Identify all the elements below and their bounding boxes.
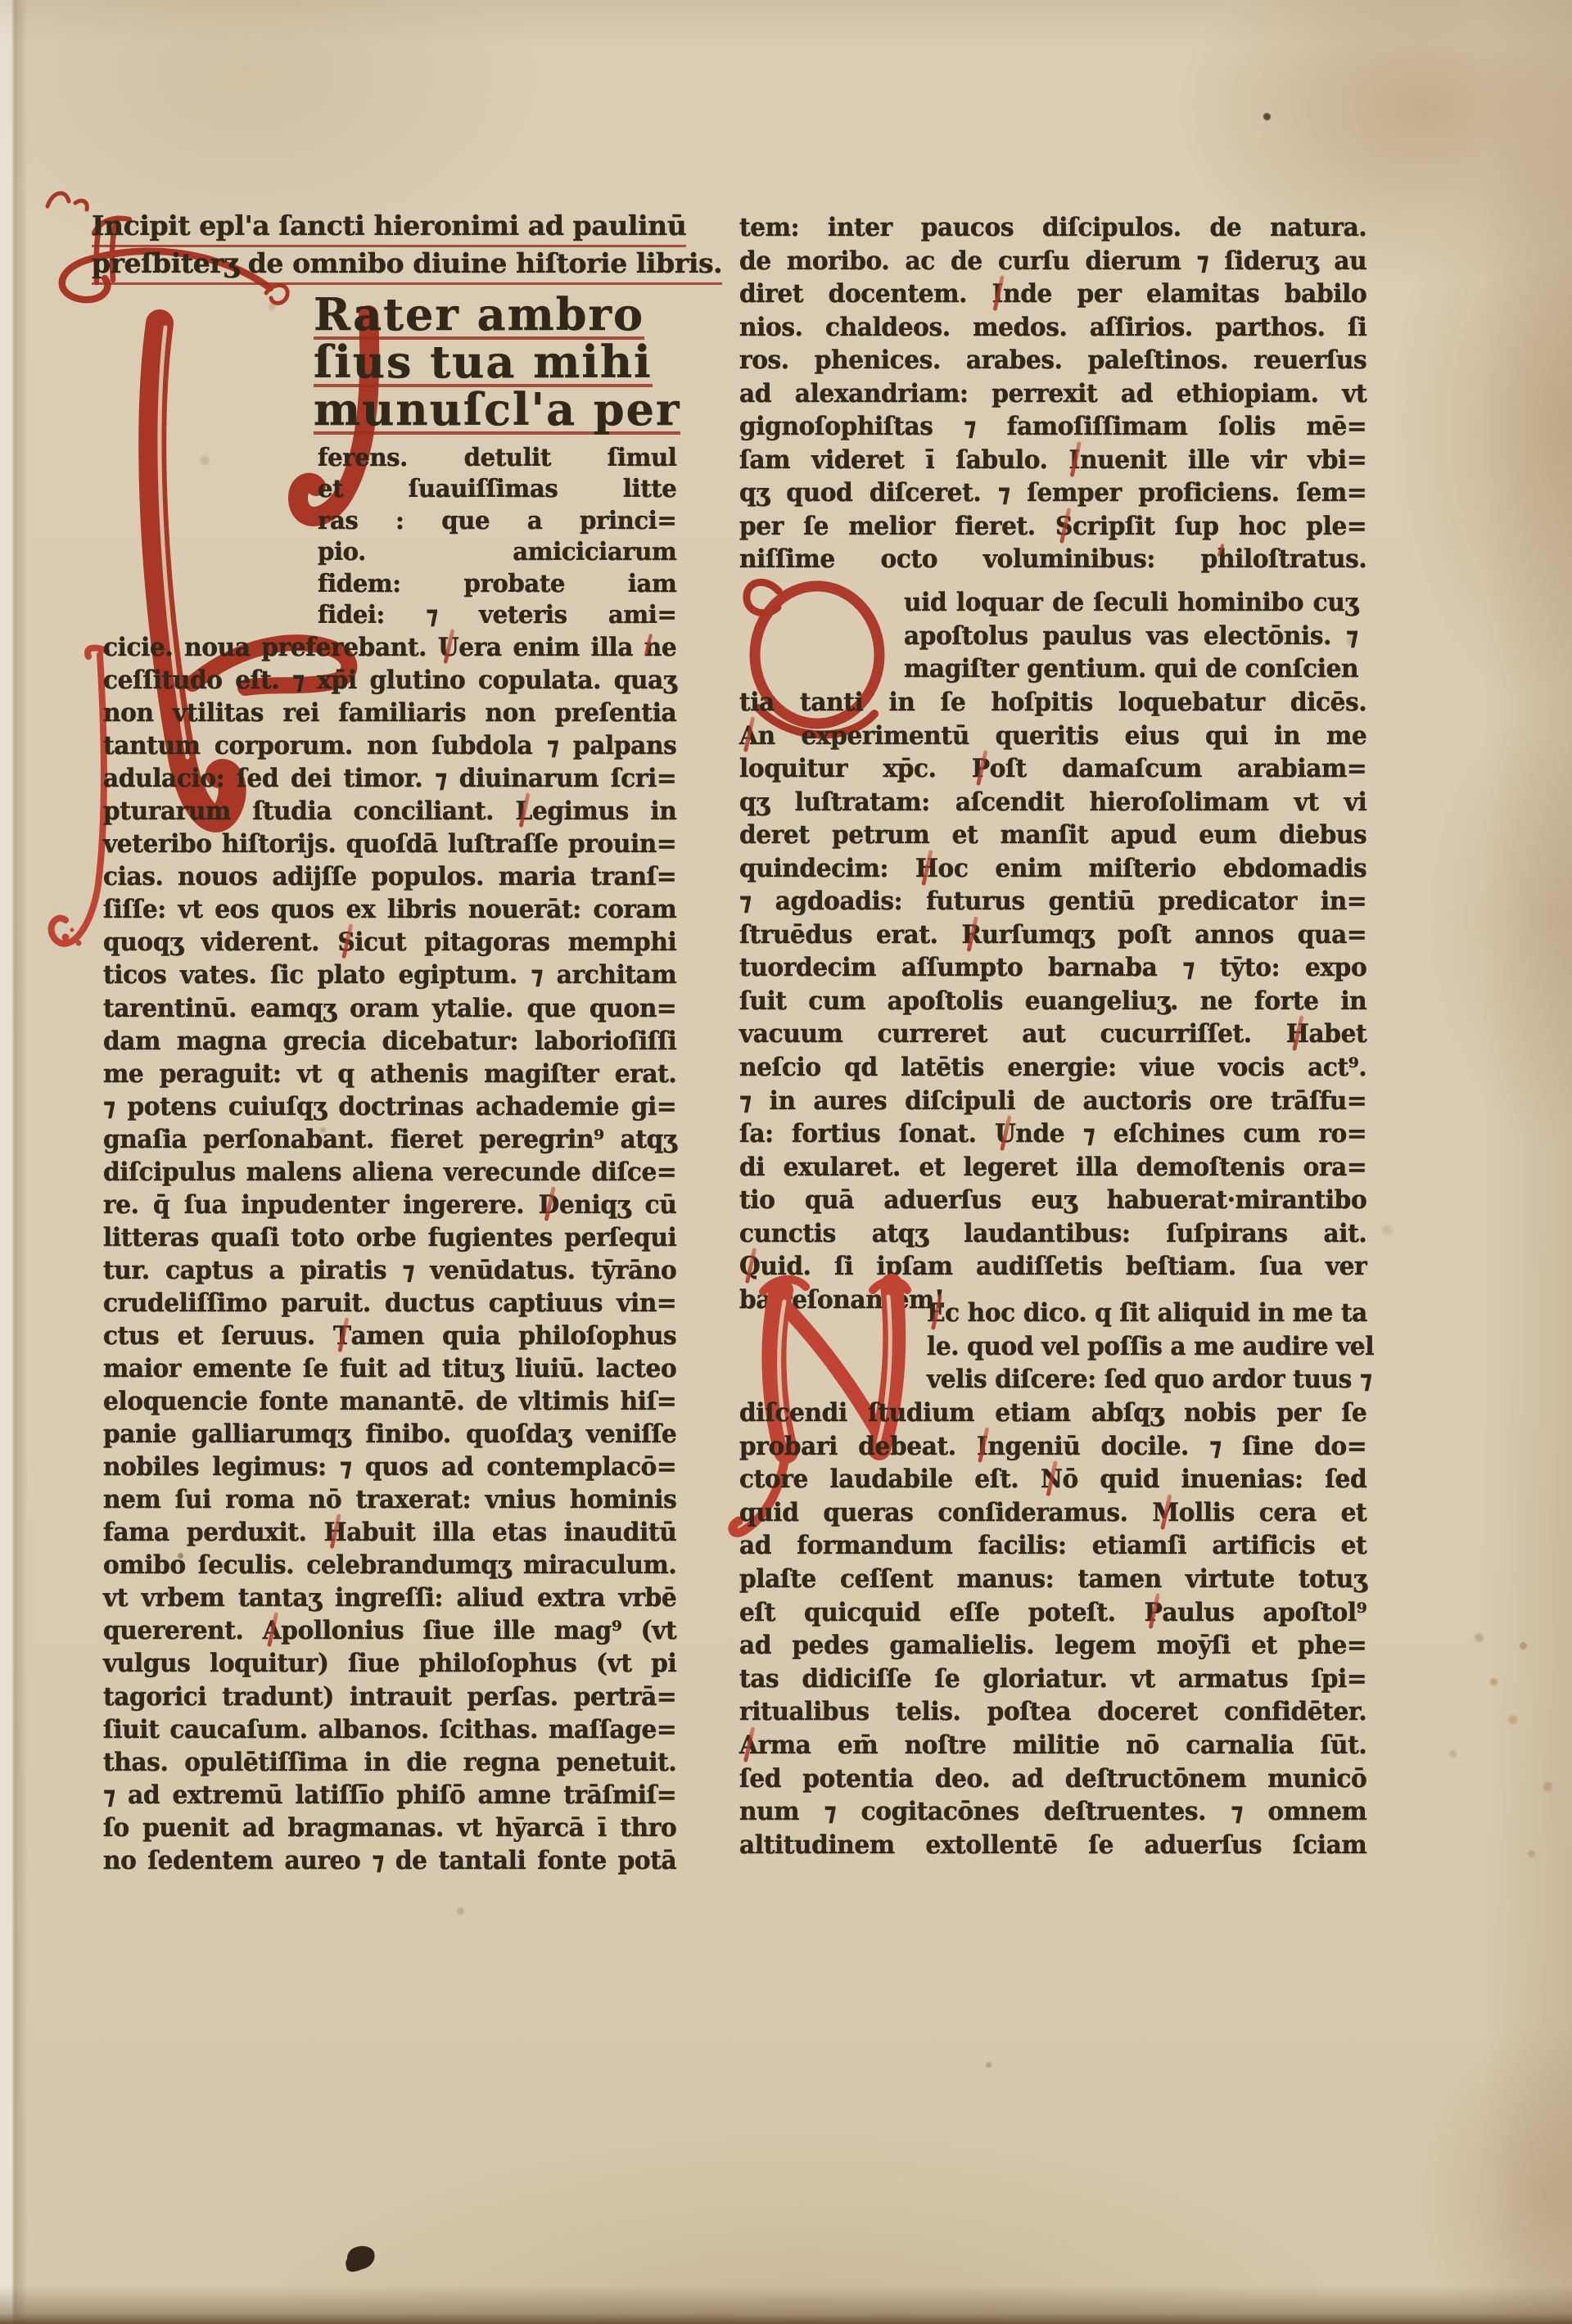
text-line: pio. amiciciarum (318, 537, 676, 568)
column2-paragraph2: tia tanti in ſe hoſpitis loquebatur dicē… (739, 686, 1366, 1316)
text-line: cunctis atqʒ laudantibus: ſuſpirans ait. (739, 1217, 1366, 1251)
text-line: ſo puenit ad bragmanas. vt hȳarcā ī thro (103, 1812, 676, 1844)
large-line: munuſcl'a per (314, 388, 680, 435)
text-line: tio quā aduerſus euʒ habuerat·mirantibo (739, 1184, 1366, 1217)
text-line: apoſtolus paulus vas electōnis. ⁊ (904, 620, 1358, 653)
rubricated-letter: I (977, 1430, 987, 1464)
text-line: ras : que a princi= (318, 506, 676, 537)
text-line: tem: inter paucos diſcipulos. de natura. (739, 211, 1366, 245)
text-line: de moribo. ac de curſu dierum ⁊ ſideruʒ … (739, 245, 1366, 278)
text-line: ⁊ in aures diſcipuli de auctoris ore trā… (739, 1085, 1366, 1118)
column2-paragraph3: diſcendi ſtudium etiam abſqʒ nobis per ſ… (739, 1397, 1366, 1861)
text-line: ſuit cum apoſtolis euangeliuʒ. ne forte … (739, 985, 1366, 1018)
text-line: me peraguit: vt q athenis magiſter erat. (103, 1058, 676, 1090)
text-line: niſſime octo voluminibus: philoſtratus. (739, 543, 1366, 576)
column1-indent-block: ferens. detulit ſimulet ſuauiſſimas litt… (318, 443, 676, 631)
column2-paragraph2-indent: uid loquar de ſeculi hominibo cuʒapoſtol… (904, 586, 1358, 686)
text-line: fidem: probate iam (318, 569, 676, 600)
text-line: gignoſophiſtas ⁊ famoſiſſimam ſolis mē= (739, 410, 1366, 444)
text-line: An experimentū queritis eius qui in me (739, 720, 1366, 753)
text-line: ad formandum facilis: etiamſi artificis … (739, 1529, 1366, 1563)
text-line: ctus et ſeruus. Tamen quia philoſophus (103, 1320, 676, 1352)
rubricated-letter: S (337, 926, 355, 959)
text-line: loquitur xp̄c. Poſt damaſcum arabiam= (739, 752, 1366, 786)
large-line: ſius tua mihi (314, 341, 680, 388)
text-line: tia tanti in ſe hoſpitis loquebatur dicē… (739, 686, 1366, 720)
text-line: tur. captus a piratis ⁊ venūdatus. tȳrān… (103, 1254, 676, 1287)
text-line: tagorici tradunt) intrauit perſas. pertr… (103, 1681, 676, 1713)
text-line: tarentinū. eamqʒ oram ytalie. que quon= (103, 992, 676, 1025)
text-line: fidei: ⁊ veteris ami= (318, 600, 676, 631)
text-line: magiſter gentium. qui de conſcien (904, 652, 1358, 686)
text-line: diſcipulus malens aliena verecunde diſce… (103, 1156, 676, 1189)
rubricated-letter: U (438, 631, 458, 664)
rubricated-letter: A (263, 1614, 282, 1647)
text-line: panie galliarumqʒ finibo. quoſdaʒ veniſſ… (103, 1418, 676, 1451)
ink-blot (345, 2244, 377, 2272)
rubricated-letter: T (333, 1320, 351, 1352)
text-line: thas. opulētiſſima in die regna penetuit… (103, 1746, 676, 1779)
text-line: ſa: fortius ſonat. Unde ⁊ eſchines cum r… (739, 1117, 1366, 1151)
rubricated-letter: S (1055, 510, 1073, 544)
text-line: le. quod vel poſſis a me audire vel (927, 1330, 1359, 1364)
text-line: ros. phenices. arabes. paleſtinos. reuer… (739, 344, 1366, 377)
text-line: vulgus loquitur) ſiue philoſophus (vt pi (103, 1647, 676, 1680)
text-line: ſam videret ī ſabulo. Inuenit ille vir v… (739, 444, 1366, 477)
text-line: gnaſia perſonabant. fieret peregrin⁹ atq… (103, 1123, 676, 1156)
text-line: et ſuauiſſimas litte (318, 474, 676, 505)
rubricated-letter: P (972, 752, 990, 786)
rubricated-letter: E (927, 1297, 945, 1330)
text-line: ⁊ agdoadis: futurus gentiū predicator in… (739, 885, 1366, 918)
text-line: dam magna grecia dicebatur: laborioſiſſi (103, 1025, 676, 1058)
text-line: ⁊ ad extremū latiſſīo phiſō amne trāſmiſ… (103, 1779, 676, 1812)
text-line: crudeliſſimo paruit. ductus captiuus vin… (103, 1287, 676, 1320)
rubricated-letter: P (1145, 1596, 1163, 1630)
text-line: fama perduxit. Habuit illa etas inauditū (103, 1516, 676, 1549)
text-line: per ſe melior fieret. Scripſit ſup hoc p… (739, 510, 1366, 544)
text-line: adulacio: ſed dei timor. ⁊ diuinarum ſcr… (103, 762, 676, 795)
rubricated-letter: L (516, 795, 532, 828)
text-line: ad pedes gamalielis. legem moȳſi et phe= (739, 1629, 1366, 1663)
text-line: Arma em̄ noſtre militie nō carnalia ſūt. (739, 1729, 1366, 1762)
text-line: di exularet. et legeret illa demoſtenis … (739, 1151, 1366, 1185)
text-line: nios. chaldeos. medos. aſſirios. parthos… (739, 311, 1366, 345)
text-line: uid loquar de ſeculi hominibo cuʒ (904, 586, 1358, 620)
rubricated-letter: M (1152, 1496, 1178, 1530)
page-bottom-edge (0, 2286, 1572, 2324)
foxing-spots (0, 0, 4, 4)
text-line: nobiles legimus: ⁊ quos ad contemplacō= (103, 1451, 676, 1483)
text-line: ferens. detulit ſimul (318, 443, 676, 474)
column2-paragraph3-indent: Ec hoc dico. q ſit aliquid in me tale. q… (927, 1297, 1359, 1397)
rubricated-letter: H (915, 852, 938, 886)
rubricated-letter: I (992, 278, 1003, 311)
text-line: ctore laudabile eſt. Nō quid inuenias: ſ… (739, 1463, 1366, 1496)
heading-line: Incipit epl'a ſancti hieronimi ad paulin… (92, 210, 722, 247)
text-line: vt vrbem tantaʒ ingreſſi: aliud extra vr… (103, 1582, 676, 1614)
text-line: litteras quaſi toto orbe fugientes perſe… (103, 1221, 676, 1254)
text-line: cias. nouos adijſſe populos. maria tranſ… (103, 860, 676, 893)
rubricated-letter: A (739, 720, 758, 753)
text-line: ritualibus telis. poſtea doceret confidē… (739, 1695, 1366, 1729)
text-line: altitudinem extollentē ſe aduerſus ſciam (739, 1829, 1366, 1862)
text-line: velis diſcere: ſed quo ardor tuus ⁊ (927, 1363, 1359, 1397)
text-line: ſtruēdus erat. Rurſumqʒ poſt annos qua= (739, 918, 1366, 952)
rubricated-letter: H (324, 1516, 347, 1549)
column2-paragraph1: tem: inter paucos diſcipulos. de natura.… (739, 211, 1366, 576)
rubricated-letter: A (739, 1729, 758, 1762)
text-line: vacuum curreret aut cucurriſſet. Habet (739, 1018, 1366, 1051)
text-line: qʒ quod diſceret. ⁊ ſemper proficiens. ſ… (739, 476, 1366, 510)
text-line: quererent. Apollonius ſiue ille mag⁹ (vt (103, 1614, 676, 1647)
text-line: quoqʒ viderent. Sicut pitagoras memphi (103, 926, 676, 959)
text-line: probari debeat. Ingeniū docile. ⁊ ſine d… (739, 1430, 1366, 1464)
text-line: quindecim: Hoc enim miſterio ebdomadis (739, 852, 1366, 886)
text-line: cicie. noua preferebant. Uera enim illa … (103, 631, 676, 664)
text-line: Ec hoc dico. q ſit aliquid in me ta (927, 1297, 1359, 1330)
rubricated-letter: I (1069, 444, 1080, 477)
text-line: re. q̄ ſua inpudenter ingerere. Deniqʒ c… (103, 1189, 676, 1221)
text-line: pturarum ſtudia conciliant. Legimus in (103, 795, 676, 828)
text-line: deret petrum et manſit apud eum diebus (739, 819, 1366, 852)
text-line: eſt quicquid eſſe poteſt. Paulus apoſtol… (739, 1596, 1366, 1630)
text-line: ceſſitudo eſt. ⁊ xp̄i glutino copulata. … (103, 664, 676, 697)
text-line: quid queras conſideramus. Mollis cera et (739, 1496, 1366, 1530)
text-line: num ⁊ cogitacōnes deſtruentes. ⁊ omnem (739, 1795, 1366, 1829)
text-line: qʒ luſtratam: aſcendit hieroſolimam vt v… (739, 786, 1366, 819)
rubricated-letter: R (961, 918, 981, 952)
incipit-heading: Incipit epl'a ſancti hieronimi ad paulin… (92, 210, 722, 285)
text-line: ad alexandriam: perrexit ad ethiopiam. v… (739, 377, 1366, 411)
text-line: ſed potentia deo. ad deſtructōnem municō (739, 1762, 1366, 1796)
manuscript-page: Incipit epl'a ſancti hieronimi ad paulin… (0, 0, 1572, 2324)
text-line: plaſte ceſſent manus: tamen virtute totu… (739, 1563, 1366, 1596)
text-line: ticos vates. ſic plato egiptum. ⁊ archit… (103, 959, 676, 991)
text-line: tas didiciſſe ſe gloriatur. vt armatus ſ… (739, 1663, 1366, 1696)
rubricated-letter: H (1286, 1018, 1309, 1051)
text-line: non vtilitas rei familiaris non preſenti… (103, 697, 676, 729)
text-line: ⁊ potens cuiuſqʒ doctrinas achademie gi= (103, 1090, 676, 1123)
text-line: veteribo hiſtorijs. quoſdā luſtraſſe pro… (103, 828, 676, 860)
text-line: diret docentem. Inde per elamitas babilo (739, 278, 1366, 311)
heading-line: preſbiterʒ de omnibo diuine hiſtorie lib… (92, 247, 722, 285)
text-line: ſiſſe: vt eos quos ex libris nouerāt: co… (103, 893, 676, 926)
large-line: Rater ambro (314, 293, 680, 341)
text-line: diſcendi ſtudium etiam abſqʒ nobis per ſ… (739, 1397, 1366, 1430)
text-line: neſcio qd latētis energie: viue vocis ac… (739, 1051, 1366, 1085)
rubricated-letter: U (995, 1117, 1015, 1151)
rubricated-letter: N (1041, 1463, 1063, 1496)
text-line: maior emente ſe fuit ad tituʒ liuiū. lac… (103, 1352, 676, 1385)
column1-text: cicie. noua preferebant. Uera enim illa … (103, 631, 676, 1877)
text-line: tuordecim aſſumpto barnaba ⁊ tȳto: expo (739, 951, 1366, 985)
text-line: tantum corporum. non ſubdola ⁊ palpans (103, 729, 676, 762)
rubricated-letter: D (539, 1189, 559, 1221)
text-line: nem ſui roma nō traxerat: vnius hominis (103, 1483, 676, 1516)
text-line: no ſedentem aureo ⁊ de tantali fonte pot… (103, 1844, 676, 1877)
text-line: omibo ſeculis. celebrandumqʒ miraculum. (103, 1549, 676, 1582)
text-line: ſiuit caucaſum. albanos. ſcithas. maſſag… (103, 1713, 676, 1746)
opening-large-lines: Rater ambro ſius tua mihi munuſcl'a per (314, 293, 680, 435)
text-line: eloquencie fonte manantē. de vltimis hiſ… (103, 1385, 676, 1418)
